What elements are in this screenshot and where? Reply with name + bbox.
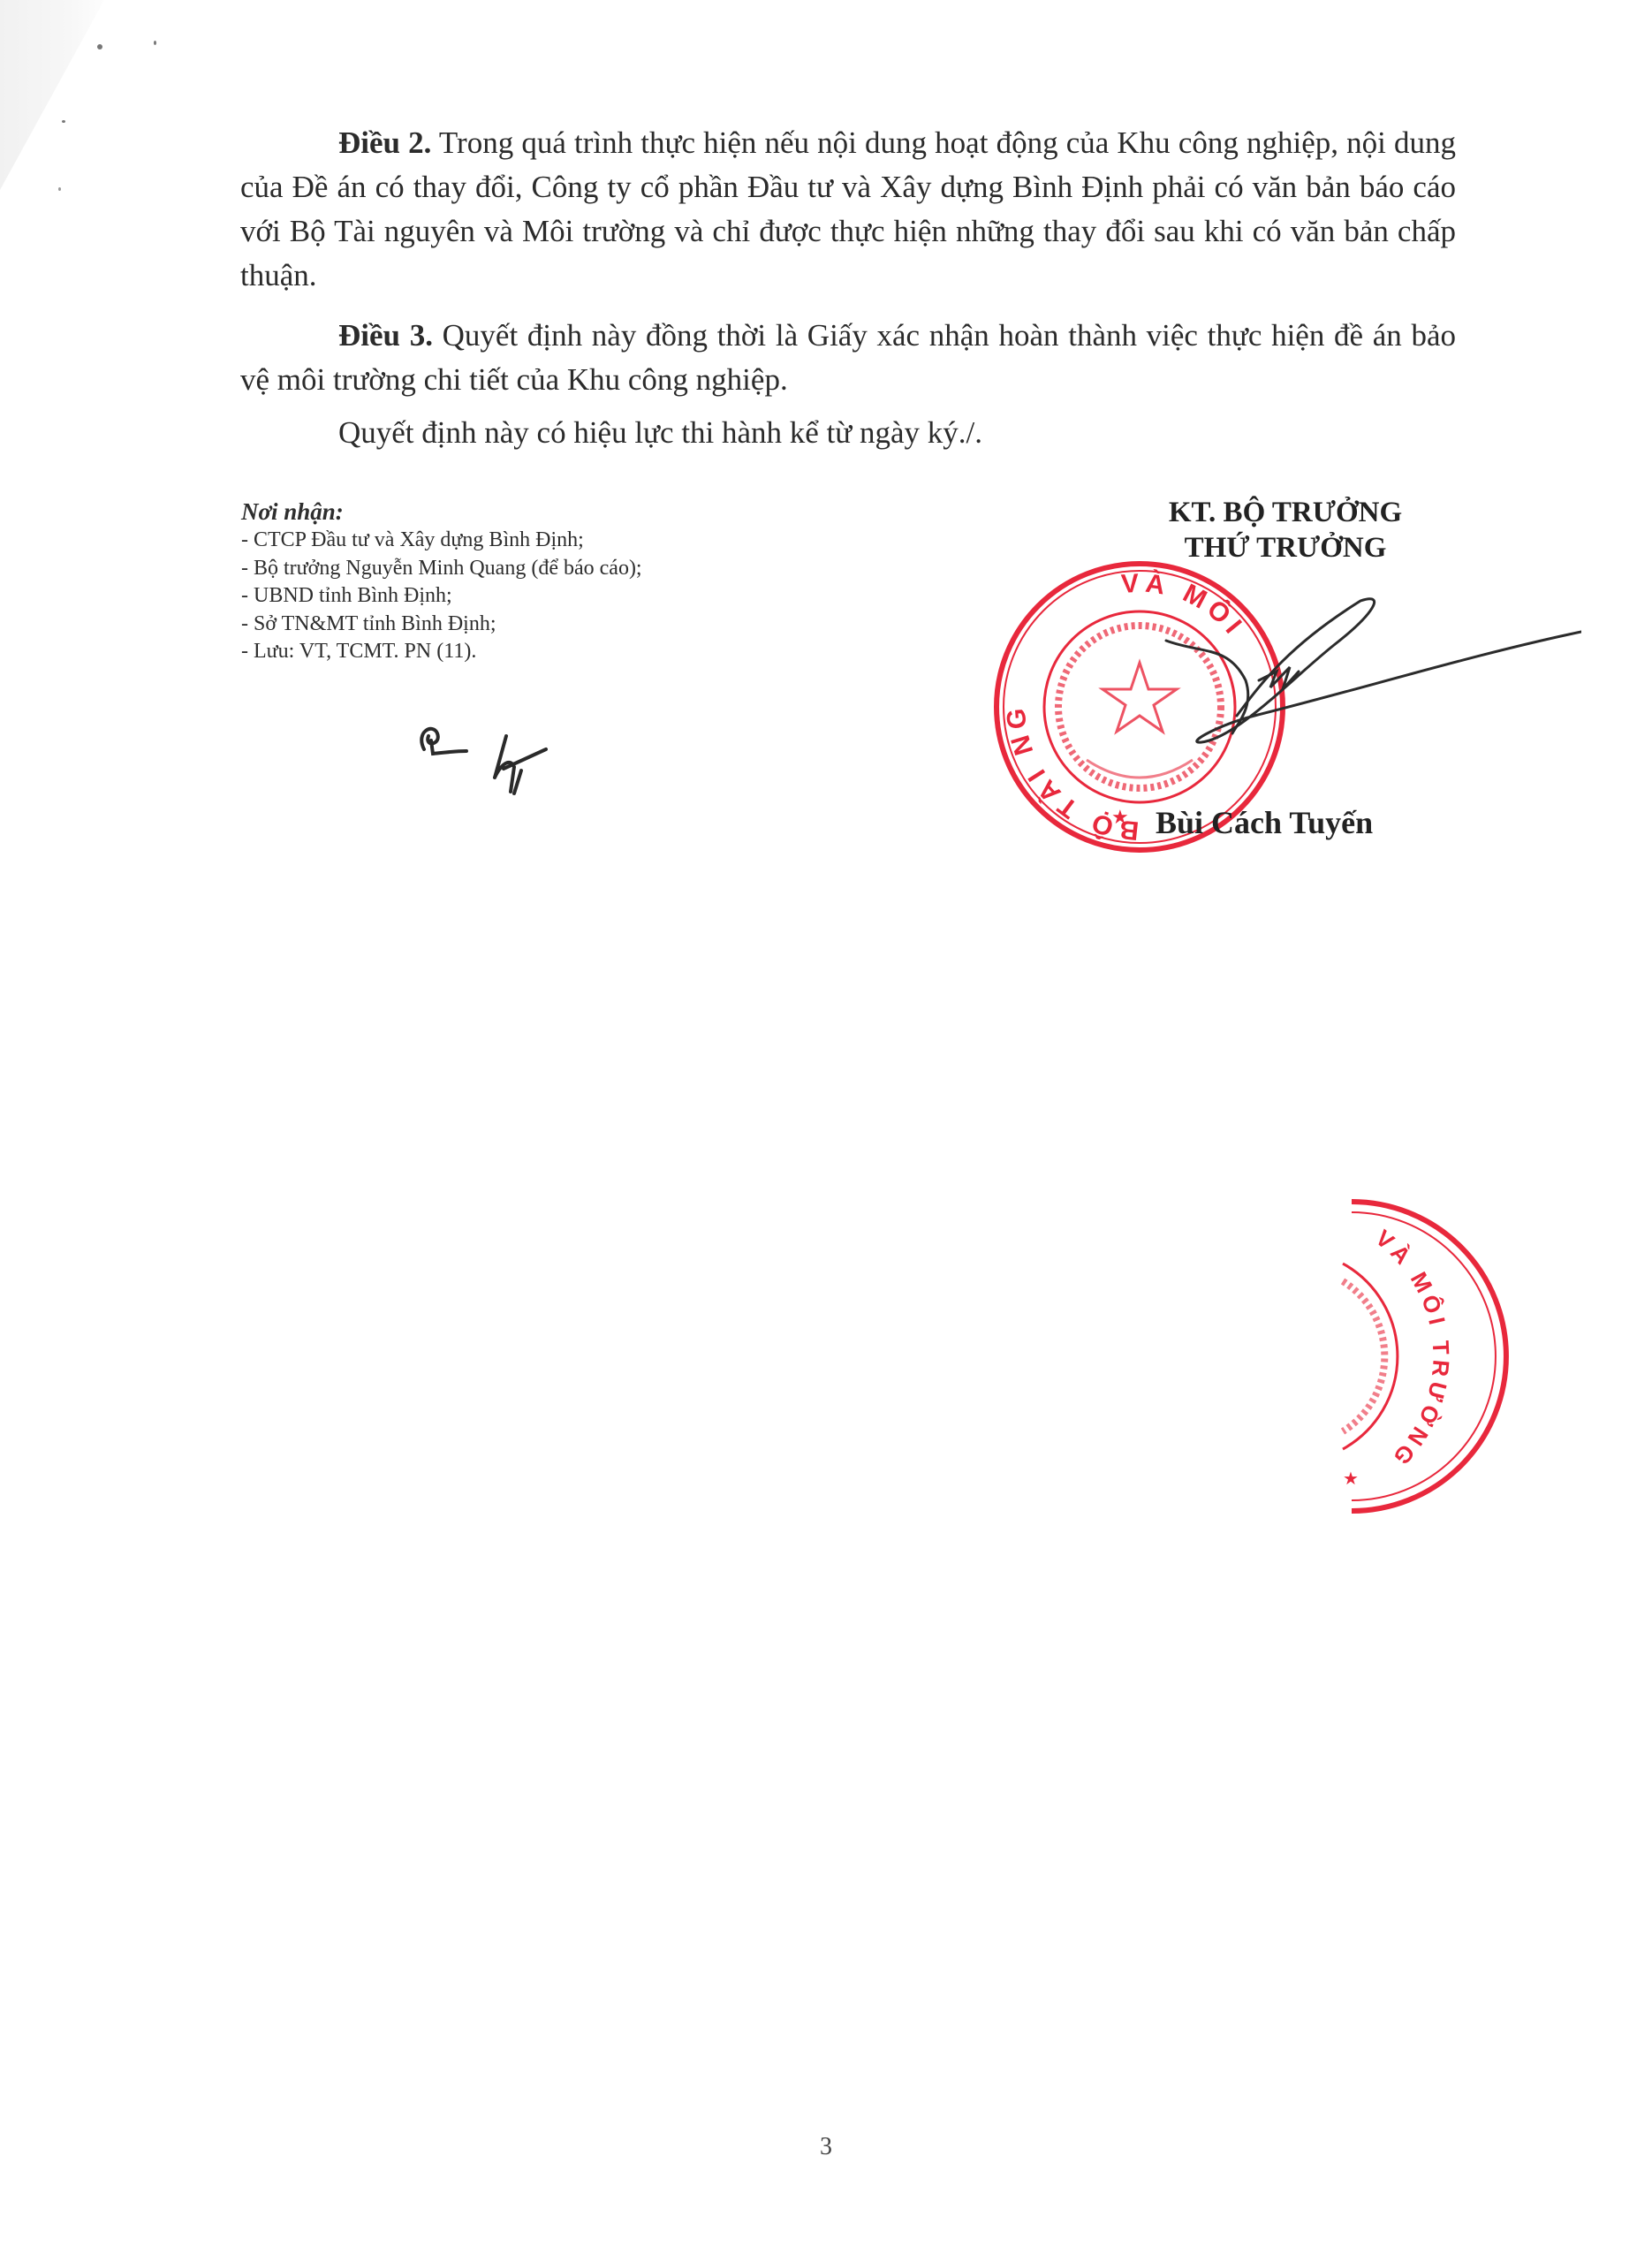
half-stamp-overlap: VÀ MÔI TRƯỜNG ★ — [1325, 1193, 1537, 1520]
effective-clause-text: Quyết định này có hiệu lực thi hành kể t… — [240, 411, 1456, 455]
svg-text:VÀ MÔI TRƯỜNG: VÀ MÔI TRƯỜNG — [1370, 1225, 1454, 1474]
recipient-item: - UBND tỉnh Bình Định; — [241, 582, 642, 611]
svg-text:★: ★ — [1111, 807, 1129, 829]
article-3: Điều 3. Quyết định này đồng thời là Giấy… — [240, 314, 1456, 402]
signature-title-line1: KT. BỘ TRƯỞNG — [1078, 495, 1493, 530]
handwritten-signature — [1122, 583, 1581, 795]
recipients-title: Nơi nhận: — [241, 497, 642, 527]
initials-handwriting — [406, 714, 557, 802]
recipient-item: - Sở TN&MT tỉnh Bình Định; — [241, 611, 642, 639]
scan-edge-shadow — [0, 0, 115, 203]
recipients-list: Nơi nhận: - CTCP Đầu tư và Xây dựng Bình… — [241, 497, 642, 666]
article-2: Điều 2. Trong quá trình thực hiện nếu nộ… — [240, 121, 1456, 298]
scan-speck — [62, 120, 65, 123]
article-3-lead: Điều 3. — [338, 318, 433, 353]
recipient-item: - Lưu: VT, TCMT. PN (11). — [241, 638, 642, 666]
signature-title-line2: THỨ TRƯỞNG — [1078, 530, 1493, 565]
recipient-item: - Bộ trưởng Nguyễn Minh Quang (để báo cá… — [241, 555, 642, 583]
scan-speck — [97, 44, 102, 49]
effective-clause: Quyết định này có hiệu lực thi hành kể t… — [240, 411, 1456, 455]
svg-text:★: ★ — [1343, 1468, 1359, 1489]
recipient-item: - CTCP Đầu tư và Xây dựng Bình Định; — [241, 527, 642, 555]
article-2-lead: Điều 2. — [338, 125, 431, 160]
signer-name: Bùi Cách Tuyến — [1156, 804, 1373, 841]
scan-speck — [154, 41, 156, 45]
signature-block: KT. BỘ TRƯỞNG THỨ TRƯỞNG — [1078, 495, 1493, 565]
page-number: 3 — [0, 2133, 1652, 2161]
scan-speck — [58, 187, 61, 191]
